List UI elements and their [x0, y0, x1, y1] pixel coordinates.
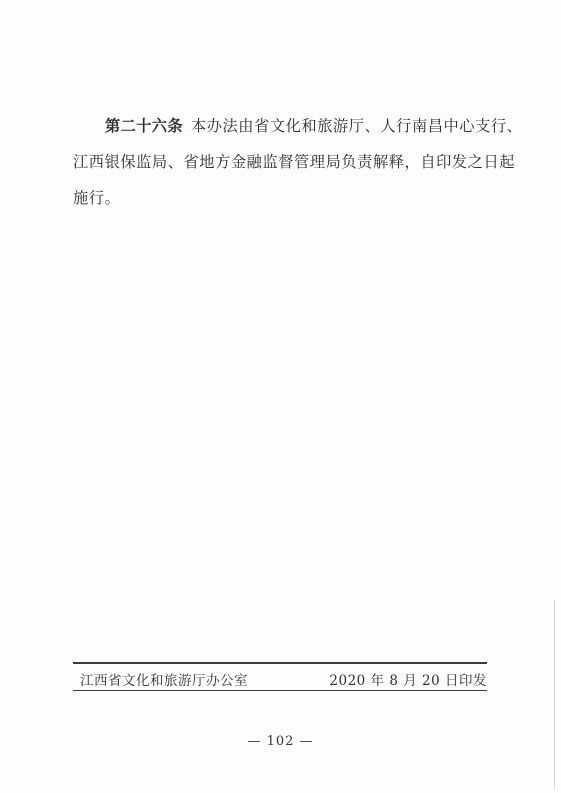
- article-26: 第二十六条本办法由省文化和旅游厅、人行南昌中心支行、 江西银保监局、省地方金融监…: [73, 108, 493, 216]
- article-line-2: 江西银保监局、省地方金融监督管理局负责解释，自印发之日起: [73, 144, 493, 180]
- scan-edge-line: [554, 600, 555, 790]
- article-text-1: 本办法由省文化和旅游厅、人行南昌中心支行、: [191, 117, 523, 135]
- footer-issuer: 江西省文化和旅游厅办公室: [80, 672, 248, 690]
- page-number: — 102 —: [0, 734, 561, 750]
- article-heading: 第二十六条: [105, 117, 183, 135]
- article-line-3: 施行。: [73, 180, 493, 216]
- footer-date: 2020 年 8 月 20 日印发: [329, 672, 487, 690]
- article-line-1: 第二十六条本办法由省文化和旅游厅、人行南昌中心支行、: [73, 108, 493, 144]
- footer-bottom-rule: [73, 690, 487, 691]
- document-page: 第二十六条本办法由省文化和旅游厅、人行南昌中心支行、 江西银保监局、省地方金融监…: [0, 0, 561, 793]
- footer-top-rule: [73, 662, 487, 664]
